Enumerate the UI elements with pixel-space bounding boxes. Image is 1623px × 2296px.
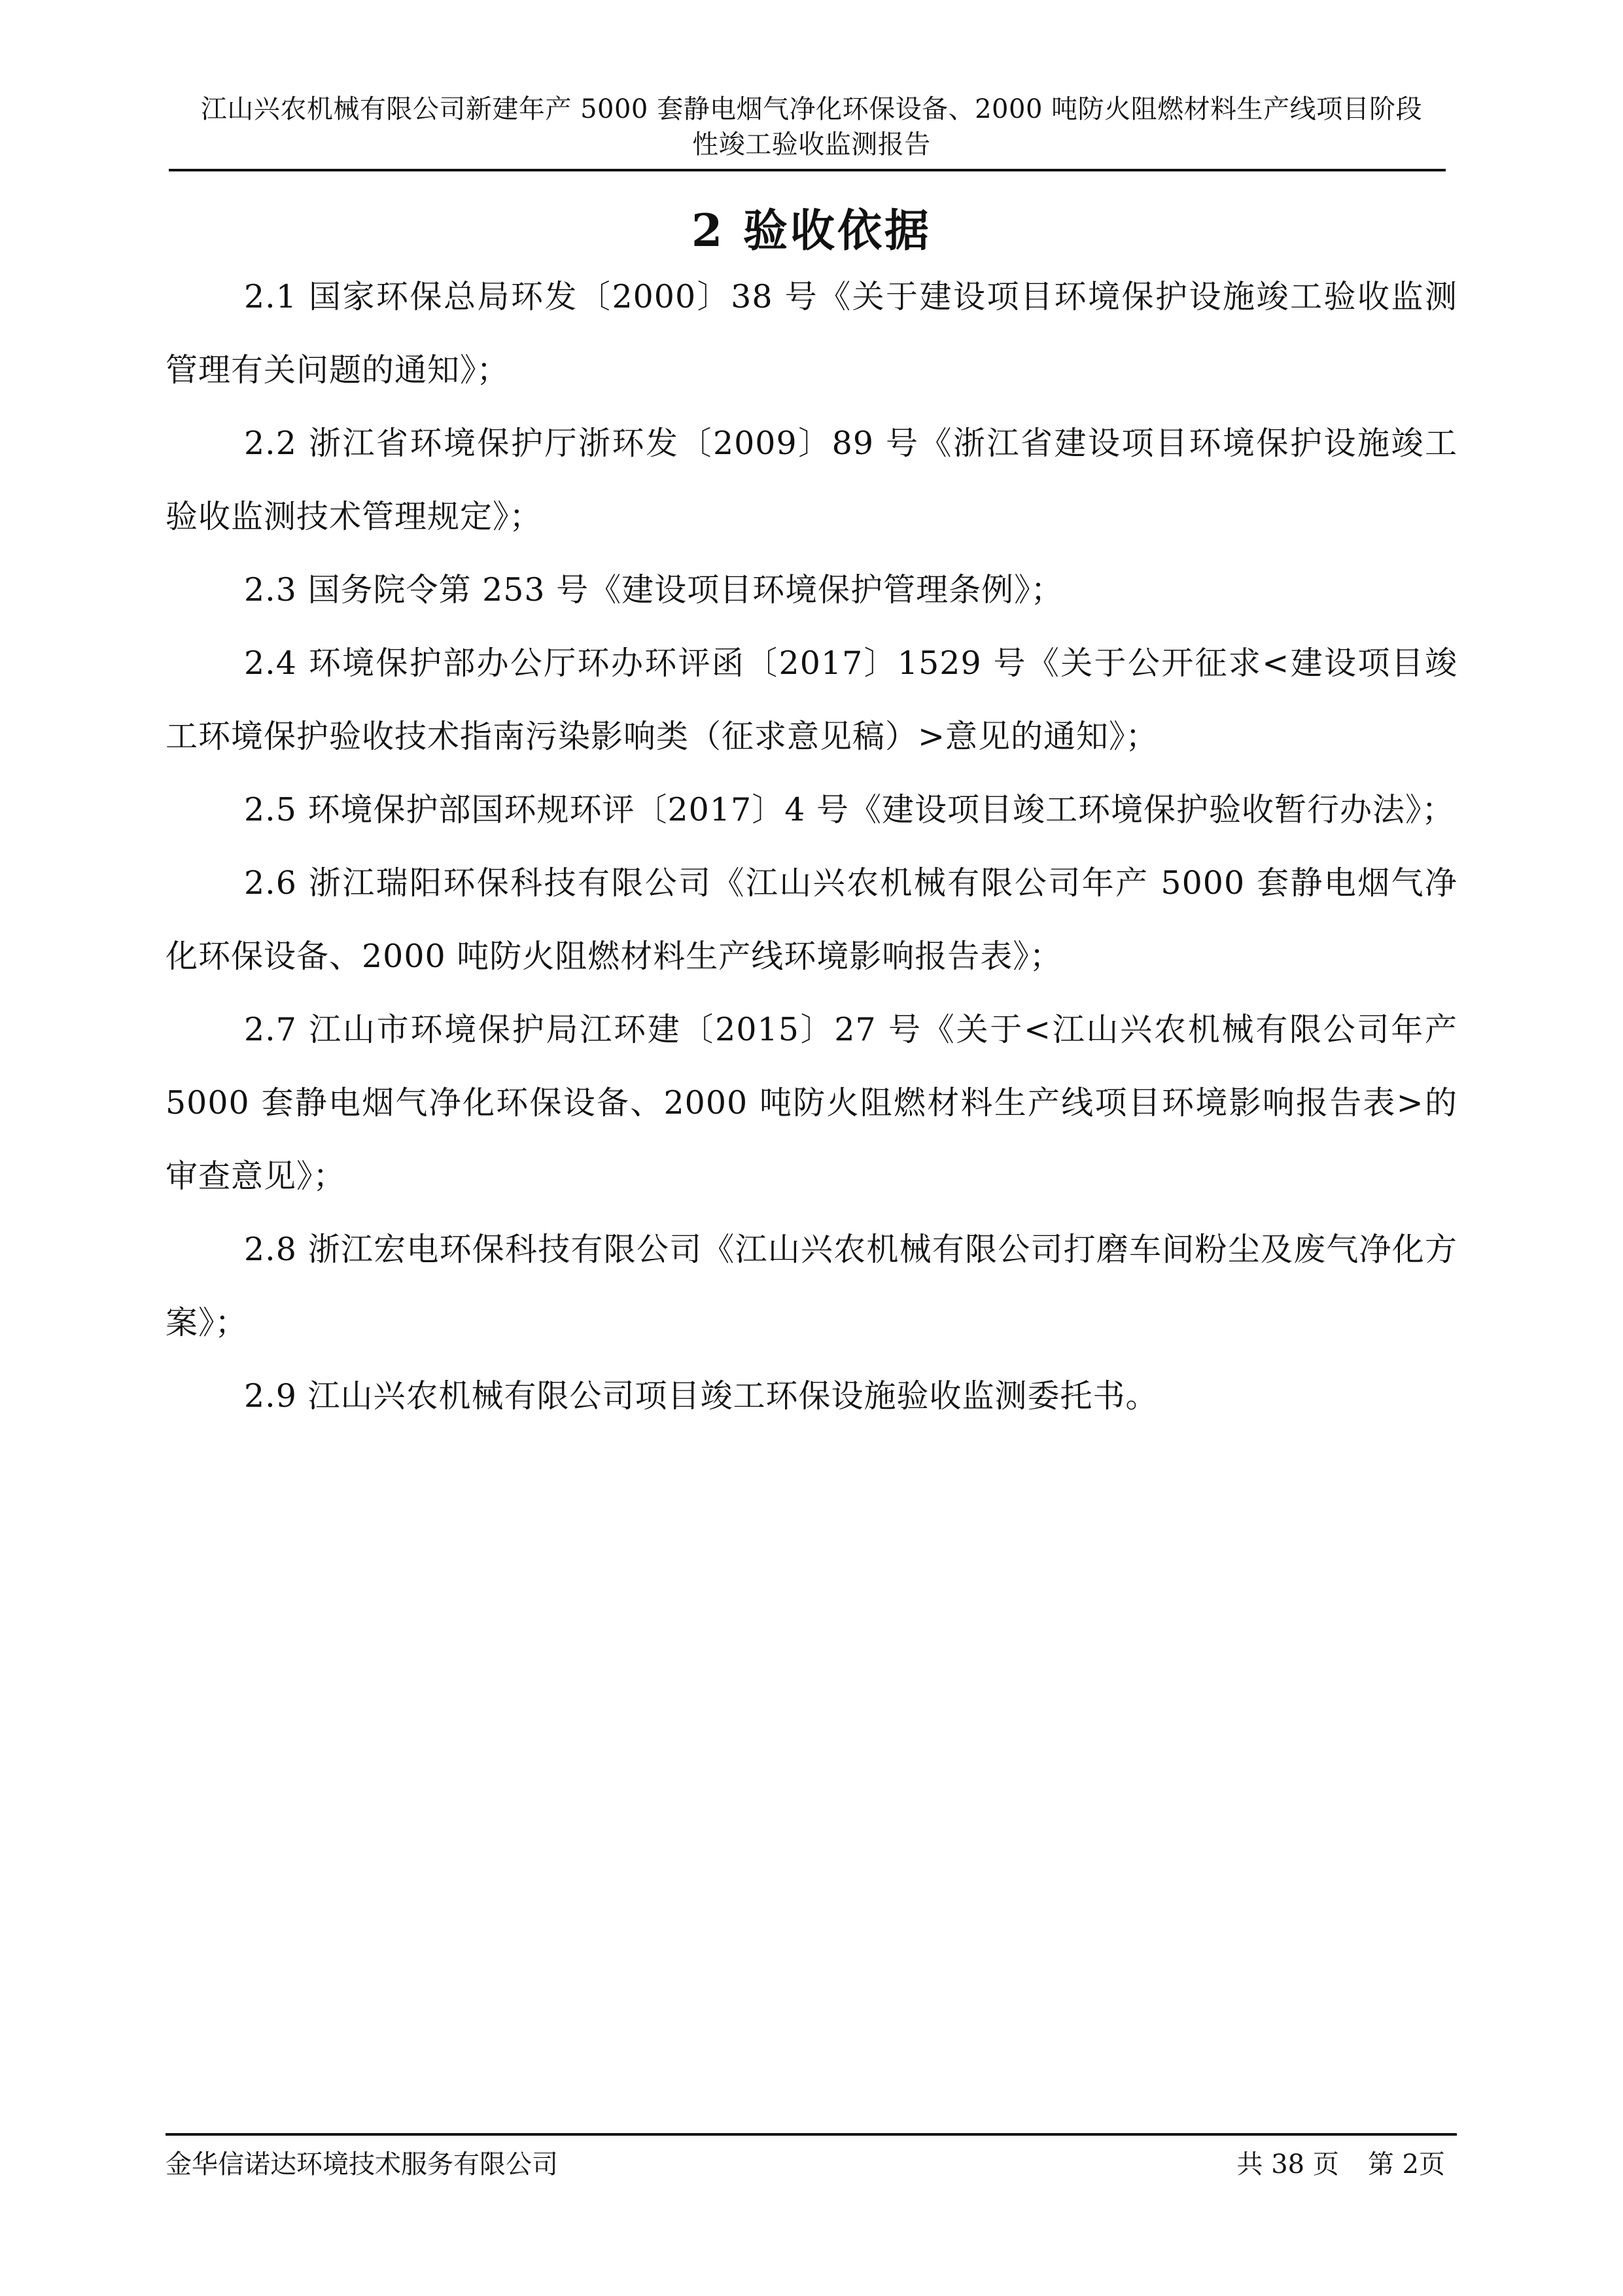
basis-item-2-1: 2.1 国家环保总局环发〔2000〕38 号《关于建设项目环境保护设施竣工验收监… [166,260,1457,407]
header-title-line-2: 性竣工验收监测报告 [166,127,1457,162]
header-title-line-1: 江山兴农机械有限公司新建年产 5000 套静电烟气净化环保设备、2000 吨防火… [166,92,1457,127]
page-footer: 金华信诺达环境技术服务有限公司 共 38 页第 2页 [166,2146,1445,2183]
footer-company: 金华信诺达环境技术服务有限公司 [166,2146,558,2183]
basis-item-2-3: 2.3 国务院令第 253 号《建设项目环境保护管理条例》； [166,554,1457,627]
basis-item-2-9: 2.9 江山兴农机械有限公司项目竣工环保设施验收监测委托书。 [166,1360,1457,1433]
basis-item-2-2: 2.2 浙江省环境保护厅浙环发〔2009〕89 号《浙江省建设项目环境保护设施竣… [166,407,1457,554]
basis-item-2-5: 2.5 环境保护部国环规环评〔2017〕4 号《建设项目竣工环境保护验收暂行办法… [166,773,1457,847]
total-pages: 共 38 页 [1237,2149,1339,2180]
footer-divider [166,2133,1457,2136]
current-page: 第 2页 [1368,2149,1445,2180]
basis-item-2-6: 2.6 浙江瑞阳环保科技有限公司《江山兴农机械有限公司年产 5000 套静电烟气… [166,847,1457,993]
basis-item-2-4: 2.4 环境保护部办公厅环办环评函〔2017〕1529 号《关于公开征求<建设项… [166,627,1457,773]
page-header: 江山兴农机械有限公司新建年产 5000 套静电烟气净化环保设备、2000 吨防火… [166,92,1457,162]
basis-list: 2.1 国家环保总局环发〔2000〕38 号《关于建设项目环境保护设施竣工验收监… [166,260,1457,1433]
section-title: 2 验收依据 [0,202,1623,260]
basis-item-2-7: 2.7 江山市环境保护局江环建〔2015〕27 号《关于<江山兴农机械有限公司年… [166,993,1457,1213]
page-number: 共 38 页第 2页 [1237,2146,1446,2183]
header-divider [169,169,1446,171]
basis-item-2-8: 2.8 浙江宏电环保科技有限公司《江山兴农机械有限公司打磨车间粉尘及废气净化方案… [166,1213,1457,1360]
